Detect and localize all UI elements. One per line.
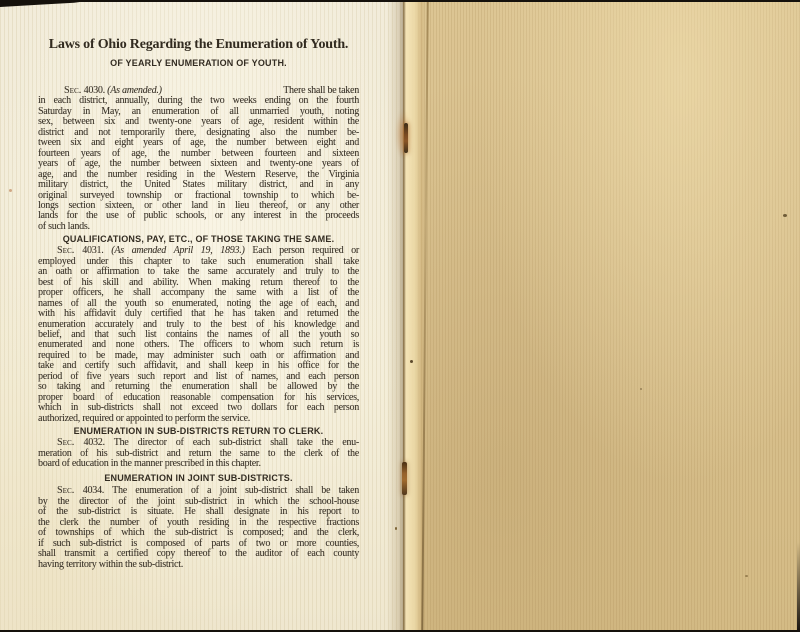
text-line: board of education in the manner prescri… [38, 459, 359, 469]
amendment-note: (As amended April 19, 1893.) [111, 245, 252, 256]
rust-stain [395, 109, 411, 159]
amendment-note: (As amended.) [107, 85, 162, 96]
section-number-label: Sec. [57, 437, 74, 448]
paper-speck [745, 575, 748, 577]
gutter-shadow [387, 2, 403, 630]
paragraph: Sec. 4030. (As amended.)There shall be t… [38, 86, 359, 232]
paragraph: Sec. 4031. (As amended April 19, 1893.) … [38, 246, 359, 424]
document-section: QUALIFICATIONS, PAY, ETC., OF THOSE TAKI… [38, 234, 359, 424]
section-number-label: Sec. [57, 485, 74, 496]
paragraph: Sec. 4032. The director of each sub-dist… [38, 438, 359, 469]
paper-speck [410, 360, 413, 363]
text-line: Sec. 4032. The director of each sub-dist… [38, 438, 359, 448]
paper-speck [640, 388, 642, 390]
staple-top [404, 123, 408, 153]
right-page [403, 2, 800, 630]
document-section: ENUMERATION IN SUB-DISTRICTS RETURN TO C… [38, 426, 359, 469]
section-heading: OF YEARLY ENUMERATION OF YOUTH. [38, 58, 359, 68]
document-body: OF YEARLY ENUMERATION OF YOUTH.Sec. 4030… [38, 58, 359, 570]
section-number-label: Sec. [57, 245, 74, 256]
staple-bottom [402, 462, 407, 495]
section-heading: QUALIFICATIONS, PAY, ETC., OF THOSE TAKI… [38, 234, 359, 244]
scanned-booklet: Laws of Ohio Regarding the Enumeration o… [0, 0, 800, 632]
document-section: ENUMERATION IN JOINT SUB-DISTRICTS.Sec. … [38, 473, 359, 570]
paper-speck [783, 214, 787, 217]
text-line: shall transmit a certified copy thereof … [38, 549, 359, 559]
paragraph: Sec. 4034. The enumeration of a joint su… [38, 486, 359, 570]
text-line: military district, the United States mil… [38, 180, 359, 190]
text-line: of such lands. [38, 222, 359, 232]
paper-speck [395, 527, 397, 530]
document-title: Laws of Ohio Regarding the Enumeration o… [38, 35, 359, 54]
text-line: having territory within the sub-district… [38, 560, 359, 570]
document-text-block: Laws of Ohio Regarding the Enumeration o… [38, 35, 359, 570]
text-line: with his affidavit duly certified that h… [38, 309, 359, 319]
text-line: authorized, required or appointed to per… [38, 414, 359, 424]
left-page: Laws of Ohio Regarding the Enumeration o… [0, 2, 403, 630]
section-heading: ENUMERATION IN JOINT SUB-DISTRICTS. [38, 473, 359, 483]
scan-top-edge [0, 0, 800, 2]
section-number-label: Sec. [64, 85, 81, 96]
section-heading: ENUMERATION IN SUB-DISTRICTS RETURN TO C… [38, 426, 359, 436]
document-section: OF YEARLY ENUMERATION OF YOUTH.Sec. 4030… [38, 58, 359, 232]
paper-speck [9, 189, 12, 192]
